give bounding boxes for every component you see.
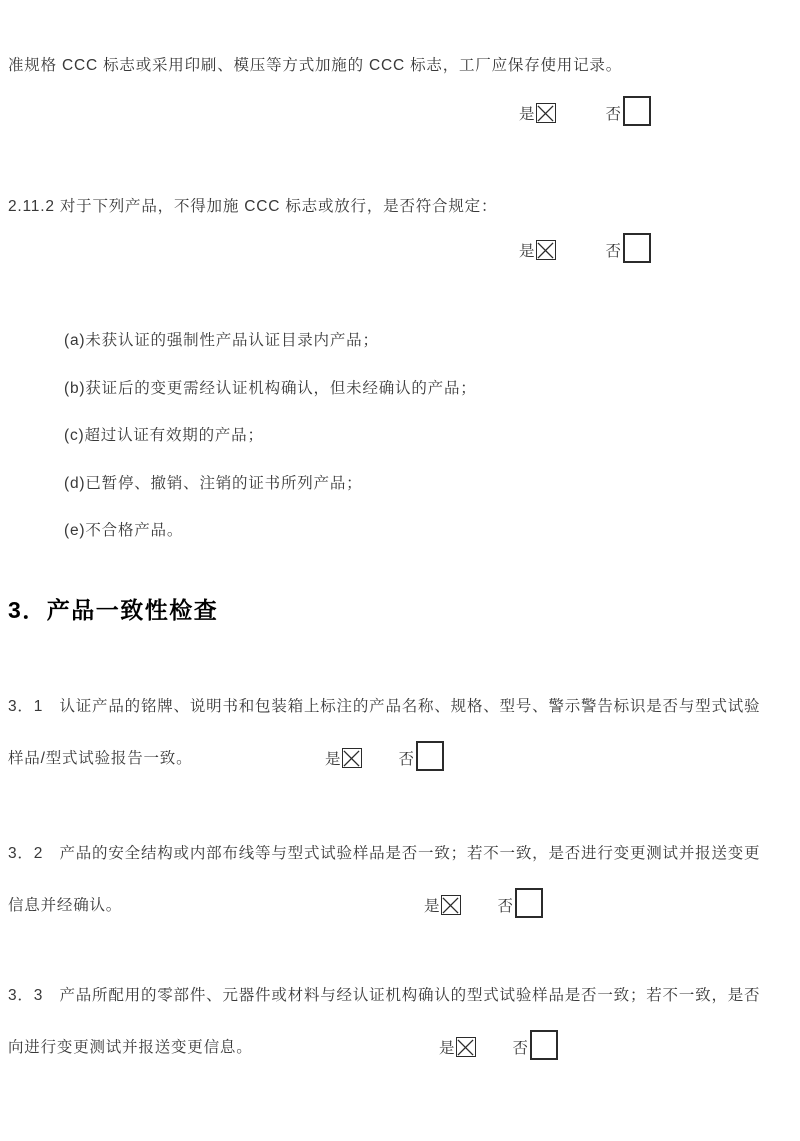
no-checkbox[interactable] [623, 96, 651, 126]
yes-option: 是 [424, 894, 461, 916]
x-mark-icon [537, 105, 554, 122]
x-mark-icon [442, 897, 459, 914]
no-checkbox[interactable] [530, 1030, 558, 1060]
yes-label: 是 [439, 1036, 455, 1058]
q2112-item-c: (c)超过认证有效期的产品； [64, 425, 264, 446]
no-label: 否 [498, 894, 514, 916]
no-option: 否 [606, 98, 652, 128]
q33-line2: 向进行变更测试并报送变更信息。 [8, 1037, 253, 1058]
q2112-item-d: (d)已暂停、撤销、注销的证书所列产品； [64, 473, 362, 494]
q31-line2: 样品/型式试验报告一致。 [8, 748, 192, 769]
no-option: 否 [399, 743, 445, 773]
x-mark-icon [537, 242, 554, 259]
yes-label: 是 [424, 894, 440, 916]
q32-line2: 信息并经确认。 [8, 895, 122, 916]
no-checkbox[interactable] [416, 741, 444, 771]
q32-answer-row: 是 否 [424, 889, 543, 921]
yes-label: 是 [519, 239, 535, 261]
no-option: 否 [606, 235, 652, 265]
section3-heading: 3．产品一致性检查 [8, 592, 218, 625]
no-option: 否 [513, 1032, 559, 1062]
intro-text: 准规格 CCC 标志或采用印刷、模压等方式加施的 CCC 标志，工厂应保存使用记… [8, 55, 622, 76]
yes-checkbox[interactable] [441, 895, 461, 915]
yes-checkbox[interactable] [536, 103, 556, 123]
q32-line1: 3．2 产品的安全结构或内部布线等与型式试验样品是否一致；若不一致，是否进行变更… [8, 843, 760, 864]
q2112-item-b: (b)获证后的变更需经认证机构确认，但未经确认的产品； [64, 378, 477, 399]
q31-answer-row: 是 否 [325, 742, 444, 774]
yes-option: 是 [519, 239, 556, 261]
no-checkbox[interactable] [623, 233, 651, 263]
yes-checkbox[interactable] [342, 748, 362, 768]
no-label: 否 [399, 747, 415, 769]
q2112-answer-row: 是 否 [519, 234, 651, 266]
yes-option: 是 [439, 1036, 476, 1058]
intro-answer-row: 是 否 [519, 97, 651, 129]
q31-line1: 3．1 认证产品的铭牌、说明书和包装箱上标注的产品名称、规格、型号、警示警告标识… [8, 696, 760, 717]
no-checkbox[interactable] [515, 888, 543, 918]
no-label: 否 [606, 102, 622, 124]
yes-label: 是 [325, 747, 341, 769]
q2112-item-e: (e)不合格产品。 [64, 520, 183, 541]
x-mark-icon [343, 750, 360, 767]
yes-checkbox[interactable] [536, 240, 556, 260]
q2112-item-a: (a)未获认证的强制性产品认证目录内产品； [64, 330, 379, 351]
q33-answer-row: 是 否 [439, 1031, 558, 1063]
no-option: 否 [498, 890, 544, 920]
document-page: 准规格 CCC 标志或采用印刷、模压等方式加施的 CCC 标志，工厂应保存使用记… [0, 0, 800, 1141]
x-mark-icon [457, 1039, 474, 1056]
q33-line1: 3．3 产品所配用的零部件、元器件或材料与经认证机构确认的型式试验样品是否一致；… [8, 985, 760, 1006]
q2112-text: 2.11.2 对于下列产品，不得加施 CCC 标志或放行，是否符合规定： [8, 196, 497, 217]
yes-option: 是 [325, 747, 362, 769]
no-label: 否 [513, 1036, 529, 1058]
yes-checkbox[interactable] [456, 1037, 476, 1057]
no-label: 否 [606, 239, 622, 261]
yes-label: 是 [519, 102, 535, 124]
yes-option: 是 [519, 102, 556, 124]
